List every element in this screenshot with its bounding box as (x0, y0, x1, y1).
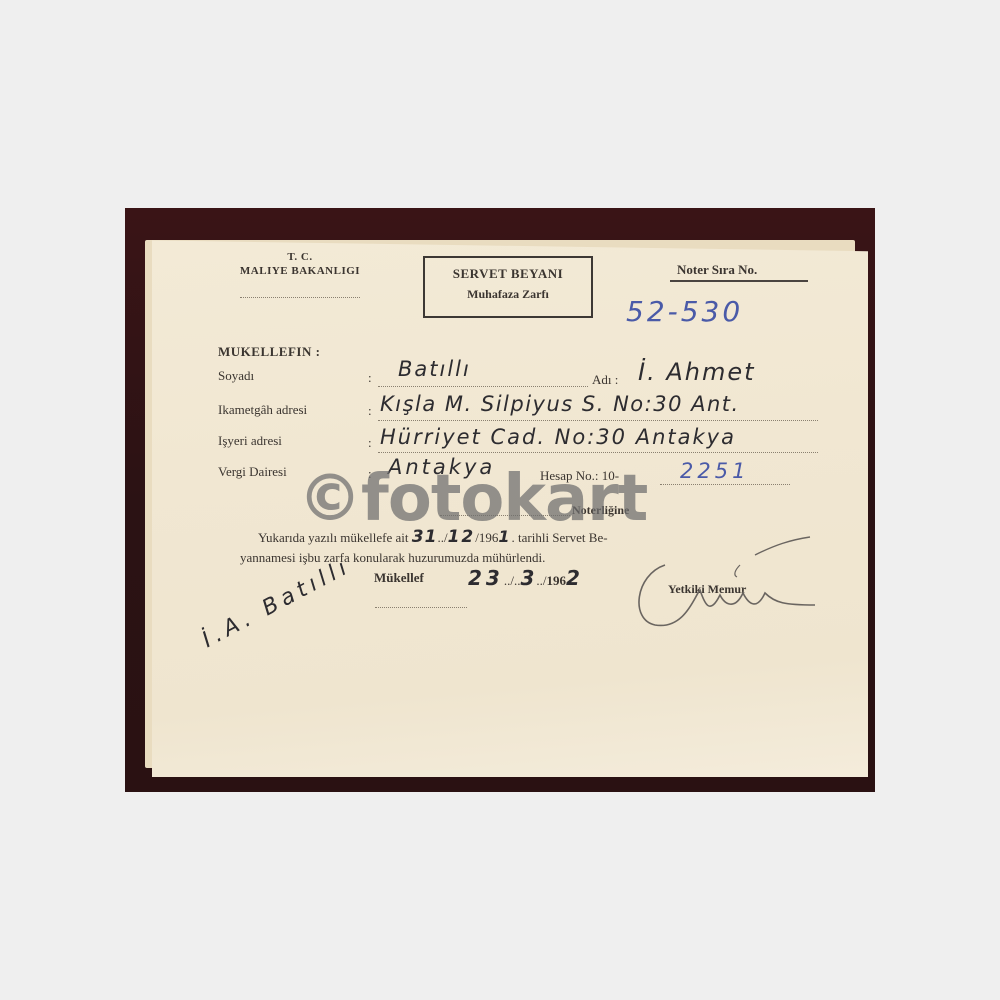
statement-line-2: yannamesi işbu zarfa konularak huzurumuz… (240, 549, 545, 566)
document-title: SERVET BEYANI (425, 266, 591, 282)
vergi-dairesi-label: Vergi Dairesi (218, 464, 287, 480)
ikametgah-dotted-line (378, 420, 818, 421)
officer-signature-icon (625, 535, 825, 635)
ikametgah-value: Kışla M. Silpiyus S. No:30 Ant. (380, 392, 740, 416)
noter-sira-value: 52-530 (626, 295, 743, 328)
signing-date: 23../..3../1962 (468, 566, 582, 590)
ikametgah-label: Ikametgâh adresi (218, 402, 307, 418)
document-subtitle: Muhafaza Zarfı (425, 287, 591, 302)
signing-date-day: 23 (468, 566, 504, 590)
taxpayer-signature-line (375, 607, 467, 608)
isyeri-colon: : (368, 435, 372, 451)
adi-value: İ. Ahmet (638, 358, 756, 386)
taxpayer-section-label: MUKELLEFIN : (218, 344, 320, 360)
soyadi-colon: : (368, 370, 372, 386)
title-box: SERVET BEYANI Muhafaza Zarfı (423, 256, 593, 318)
ikametgah-colon: : (368, 403, 372, 419)
watermark: ©fotokart (298, 462, 647, 536)
noter-sira-label: Noter Sıra No. (677, 262, 757, 278)
ministry-label: MALIYE BAKANLIGI (225, 264, 375, 278)
noter-sira-underline (670, 280, 808, 282)
country-label: T. C. (225, 250, 375, 264)
isyeri-dotted-line (378, 452, 818, 453)
isyeri-value: Hürriyet Cad. No:30 Antakya (380, 425, 736, 449)
hesap-no-dotted-line (660, 484, 790, 485)
ministry-header: T. C. MALIYE BAKANLIGI (225, 250, 375, 278)
soyadi-label: Soyadı (218, 368, 254, 384)
mukellef-label: Mükellef (374, 570, 424, 586)
signing-date-year-suffix: 2 (566, 566, 582, 590)
signing-date-month: 3 (520, 566, 536, 590)
hesap-no-value: 2251 (680, 459, 749, 483)
adi-label: Adı : (592, 372, 618, 388)
isyeri-label: Işyeri adresi (218, 433, 282, 449)
soyadi-dotted-line (378, 386, 588, 387)
signing-date-year-prefix: 196 (547, 573, 567, 588)
ministry-dotted-line (240, 297, 360, 298)
soyadi-value: Batıllı (398, 357, 471, 381)
